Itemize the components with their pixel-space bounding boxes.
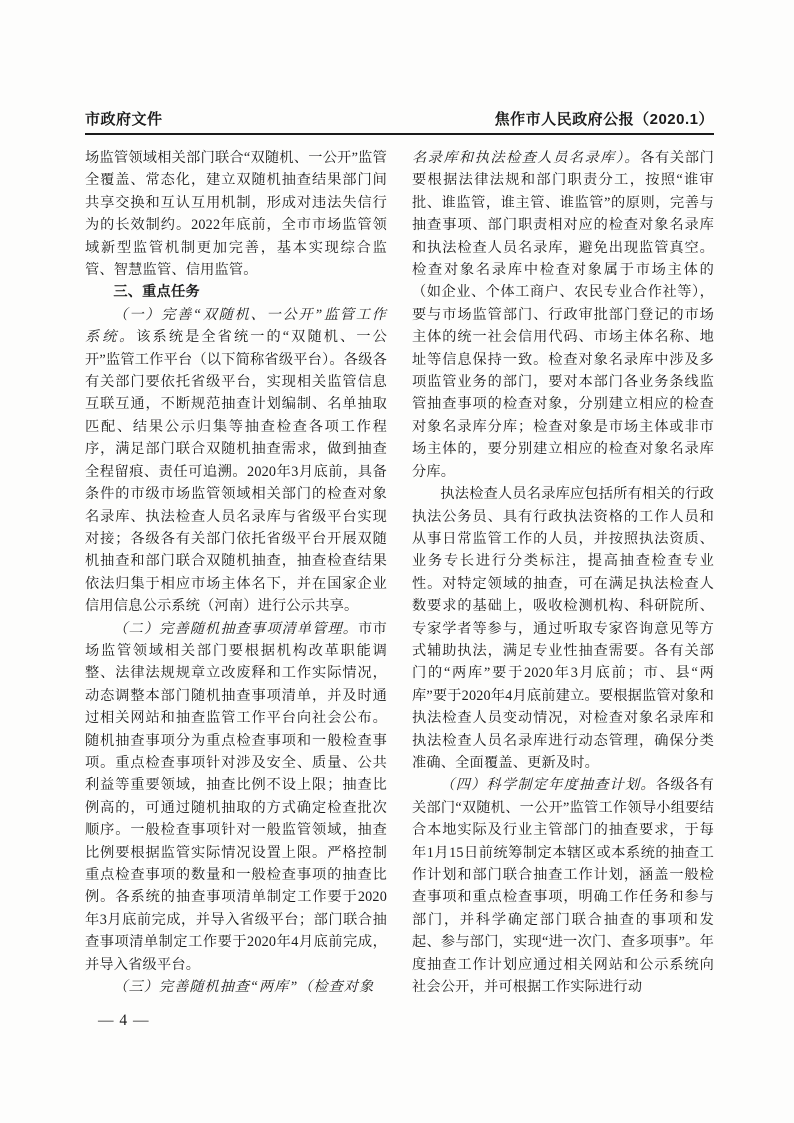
paragraph-item-two: （二）完善随机抽查事项清单管理。市市场监管领域相关部门要根据机构改革职能调整、法… [85, 618, 387, 977]
document-body: 场监管领域相关部门联合“双随机、一公开”监管全覆盖、常态化，建立双随机抽查结果部… [85, 147, 714, 998]
item-three-lead-continued: 名录库和执法检查人员名录库）。 [412, 150, 640, 166]
item-three-body: 各有关部门要根据法律法规和部门职责分工，按照“谁审批、谁监管，谁主管、谁监管”的… [412, 150, 714, 480]
paragraph-inspector-roster: 执法检查人员名录库应包括所有相关的行政执法公务员、具有行政执法资格的工作人员和从… [412, 483, 714, 774]
header-gazette-title: 焦作市人民政府公报（2020.1） [495, 108, 714, 129]
page-header: 市政府文件 焦作市人民政府公报（2020.1） [85, 108, 714, 129]
paragraph-item-one: （一）完善“双随机、一公开”监管工作系统。该系统是全省统一的“双随机、一公开”监… [85, 304, 387, 618]
page-number: — 4 — [98, 1012, 150, 1030]
left-column: 场监管领域相关部门联合“双随机、一公开”监管全覆盖、常态化，建立双随机抽查结果部… [85, 147, 387, 998]
section-heading-key-tasks: 三、重点任务 [85, 281, 387, 303]
header-section-label: 市政府文件 [85, 108, 163, 129]
item-four-lead: （四）科学制定年度抽查计划。 [440, 777, 655, 793]
document-page: 市政府文件 焦作市人民政府公报（2020.1） 场监管领域相关部门联合“双随机、… [0, 0, 794, 1123]
item-three-lead-start: （三）完善随机抽查“两库”（检查对象 [113, 979, 374, 995]
item-two-lead: （二）完善随机抽查事项清单管理。 [113, 621, 358, 637]
item-one-body: 该系统是全省统一的“双随机、一公开”监管工作平台（以下简称省级平台）。各级各有关… [85, 329, 387, 614]
header-rule [85, 133, 714, 135]
right-column: 名录库和执法检查人员名录库）。各有关部门要根据法律法规和部门职责分工，按照“谁审… [412, 147, 714, 998]
item-two-body: 市市场监管领域相关部门要根据机构改革职能调整、法律法规规章立改废释和工作实际情况… [85, 621, 387, 973]
paragraph-continuation-from-previous-page: 场监管领域相关部门联合“双随机、一公开”监管全覆盖、常态化，建立双随机抽查结果部… [85, 147, 387, 281]
paragraph-item-four: （四）科学制定年度抽查计划。各级各有关部门“双随机、一公开”监管工作领导小组要结… [412, 774, 714, 998]
item-four-body: 各级各有关部门“双随机、一公开”监管工作领导小组要结合本地实际及行业主管部门的抽… [412, 777, 714, 995]
paragraph-item-three-continued: 名录库和执法检查人员名录库）。各有关部门要根据法律法规和部门职责分工，按照“谁审… [412, 147, 714, 483]
paragraph-item-three-start: （三）完善随机抽查“两库”（检查对象 [85, 976, 387, 998]
